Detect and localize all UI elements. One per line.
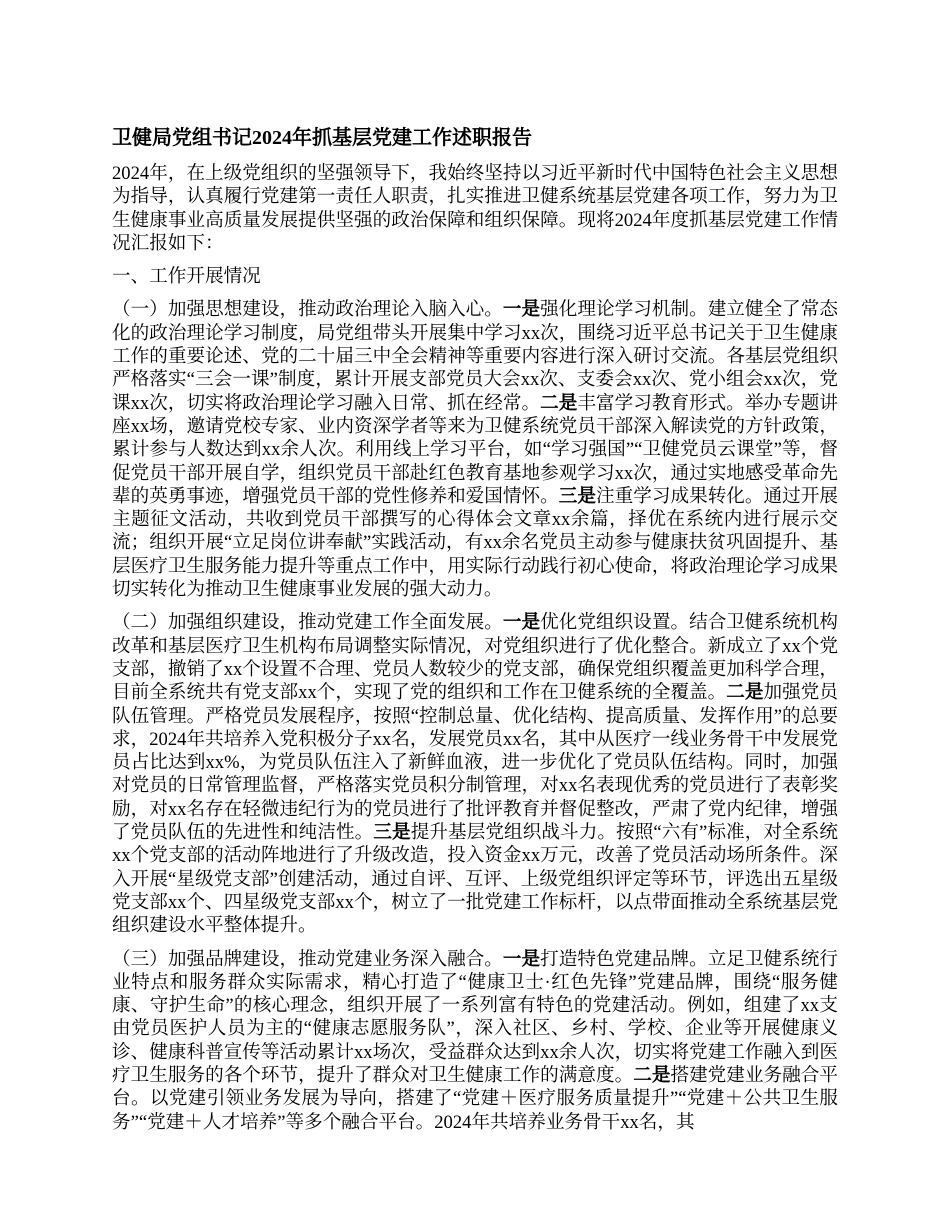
text-run: （三）加强品牌建设，推动党建业务深入融合。: [112, 949, 503, 970]
text-run: 加强党员队伍管理。严格党员发展程序，按照“控制总量、优化结构、提高质量、发挥作用…: [112, 682, 838, 843]
section-heading-text: 一、工作开展情况: [112, 266, 261, 287]
bold-marker: 三是: [559, 486, 596, 507]
bold-marker: 二是: [540, 393, 577, 414]
document-title: 卫健局党组书记2024年抓基层党建工作述职报告: [112, 126, 838, 150]
bold-marker: 一是: [503, 612, 540, 633]
paragraph-section-1: （一）加强思想建设，推动政治理论入脑入心。一是强化理论学习机制。建立健全了常态化…: [112, 298, 838, 601]
bold-marker: 二是: [726, 682, 763, 703]
text-run: （二）加强组织建设，推动党建工作全面发展。: [112, 612, 503, 633]
intro-text: 2024年，在上级党组织的坚强领导下，我始终坚持以习近平新时代中国特色社会主义思…: [112, 163, 838, 254]
document-page: 卫健局党组书记2024年抓基层党建工作述职报告 2024年，在上级党组织的坚强领…: [0, 0, 950, 1230]
intro-paragraph: 2024年，在上级党组织的坚强领导下，我始终坚持以习近平新时代中国特色社会主义思…: [112, 162, 838, 255]
section-heading: 一、工作开展情况: [112, 265, 838, 288]
bold-marker: 三是: [373, 822, 410, 843]
paragraph-section-2: （二）加强组织建设，推动党建工作全面发展。一是优化党组织设置。结合卫健系统机构改…: [112, 611, 838, 937]
text-run: （一）加强思想建设，推动政治理论入脑入心。: [112, 299, 503, 320]
paragraph-section-3: （三）加强品牌建设，推动党建业务深入融合。一是打造特色党建品牌。立足卫健系统行业…: [112, 948, 838, 1134]
bold-marker: 一是: [503, 299, 540, 320]
bold-marker: 二是: [633, 1065, 670, 1086]
bold-marker: 一是: [503, 949, 540, 970]
